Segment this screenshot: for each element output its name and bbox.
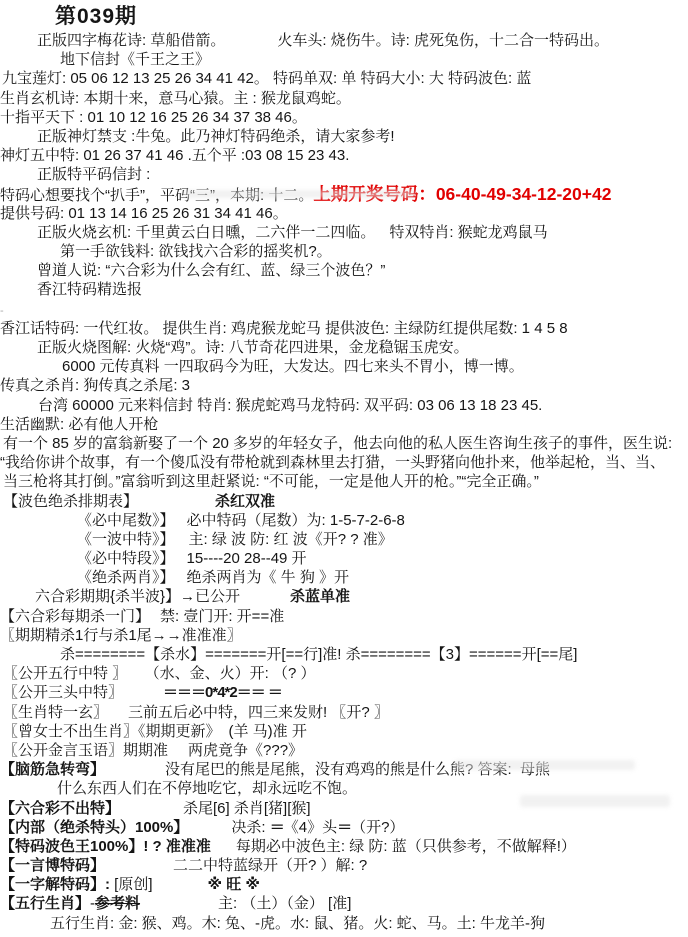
page-title: 第039期 [0,4,688,31]
text-line: 〖曾女士不出生肖〗《期期更新》(羊 马)准 开 [0,722,688,741]
text-segment: 杀========【杀水】=======开[==行]准! 杀========【3… [60,646,577,663]
text-segment: 6000 元传真料 一四取码今为旺，大发达。四七来头不胃小，博一博。 [62,358,524,375]
text-line: 《必中尾数》】必中特码（尾数）为: 1-5-7-2-6-8 [0,511,688,530]
text-segment: 香江特码精选报 [37,281,142,298]
text-line: 【波色绝杀排期表】杀红双准 [0,492,688,511]
text-line: 【一言博特码】二二中特蓝绿开（开? ）解: ? [0,856,688,875]
text-segment: 《必中尾数》】 [77,512,175,529]
text-line: 正版火烧玄机: 千里黄云白日曛，二六伴一二四临。特双特肖: 猴蛇龙鸡鼠马 [0,223,688,242]
text-segment: 没有尾巴的熊是尾熊，没有鸡鸡的熊是什么熊? 答案: 母熊 [165,761,550,778]
text-line: 六合彩期期{杀半波}】→已公开杀蓝单准 [0,587,688,606]
text-line: 香江特码精选报 [0,280,688,299]
text-segment: 杀尾[6] 杀肖[猪][猴] [183,800,311,817]
text-segment: 二二中特蓝绿开（开? ）解: ? [173,857,367,874]
text-line: 【特码波色王100%】! ? 准准准每期必中波色主: 绿 防: 蓝（只供参考，不… [0,837,688,856]
text-line: 〖生肖特一玄〗三前五后必中特，四三来发财! 〖开? 〗 [0,703,688,722]
text-line: 【脑筋急转弯】没有尾巴的熊是尾熊，没有鸡鸡的熊是什么熊? 答案: 母熊 [0,760,688,779]
text-line: 十指平天下 : 01 10 12 16 25 26 34 37 38 46。 [0,108,688,127]
text-segment: 九宝莲灯: 05 06 12 13 25 26 34 41 42。 特码单双: … [2,70,531,87]
text-segment: 《绝杀两肖》】 [77,569,175,586]
text-segment: 地下信封《千王之王》 [60,51,210,68]
text-segment: 《4》头 [284,819,337,836]
text-segment: 正版四字梅花诗: 草船借箭。 [37,32,225,49]
text-segment: 三前五后必中特，四三来发财! 〖开? 〗 [128,704,389,721]
text-segment: 杀红双准 [215,493,275,510]
text-segment: 【波色绝杀排期表】 [3,493,138,510]
text-segment: 〖期期精杀1行与杀1尾→→准准准〗 [0,627,242,644]
text-line: 传真之杀肖: 狗传真之杀尾: 3 [0,376,688,395]
text-segment: 〖生肖特一玄〗 [3,704,108,721]
text-line: 正版神灯禁支 :牛兔。此乃神灯特码绝杀，请大家参考! [0,127,688,146]
text-segment: 主: 绿 波 防: 红 波《开? ? 准》 [189,531,393,548]
text-segment: 生肖玄机诗: 本期十来，意马心猿。主 : 猴龙鼠鸡蛇。 [0,90,351,107]
text-line: 香江话特码: 一代红妆。 提供生肖: 鸡虎猴龙蛇马 提供波色: 主绿防红提供尾数… [0,319,688,338]
document-lines: 正版四字梅花诗: 草船借箭。火车头: 烧伤牛。诗: 虎死兔伤，十二合一特码出。地… [0,31,688,933]
text-segment: 火车头: 烧伤牛。诗: 虎死兔伤，十二合一特码出。 [277,32,609,49]
text-line: - [0,300,688,319]
text-segment: 禁: 壹门开: 开==准 [160,608,284,625]
text-segment: 【五行生肖】 [0,895,90,912]
text-segment: [原创] [110,876,153,893]
text-segment: - [0,305,4,317]
text-segment: 【内部（绝杀特头）100%】 [0,819,188,836]
text-segment: （开?） [351,819,404,836]
text-segment: 正版特平码信封 : [37,166,150,183]
text-segment: 【脑筋急转弯】 [0,761,105,778]
text-segment: 生活幽默: 必有他人开枪 [0,416,158,433]
text-segment: 神灯五中特: 01 26 37 41 46 .五个平 :03 08 15 23 … [0,147,349,164]
text-segment: ＝ [270,819,284,836]
text-segment: ＝ [337,819,351,836]
text-segment: 正版火烧图解: 火烧“鸡”。诗: 八节奇花四进果，金龙稳锯玉虎安。 [37,339,469,356]
text-segment: 十指平天下 : 01 10 12 16 25 26 34 37 38 46。 [0,109,307,126]
text-line: 《必中特段》】15----20 28--49 开 [0,549,688,568]
text-segment: 〖曾女士不出生肖〗《期期更新》 [3,723,221,740]
text-segment: 每期必中波色主: 绿 防: 蓝（只供参考，不做解释!） [236,838,576,855]
text-line: 有一个 85 岁的富翁新娶了一个 20 多岁的年轻女子，他去向他的私人医生咨询生… [0,434,688,453]
text-segment: 五行生肖: 金: 猴、鸡。木: 兔、-虎。水: 鼠、猪。火: 蛇、马。土: 牛龙… [50,915,545,932]
text-segment: 正版火烧玄机: 千里黄云白日曛，二六伴一二四临。 [37,224,375,241]
text-line: “我给你讲个故事，有一个傻瓜没有带枪就到森林里去打猎，一头野猪向他扑来，他举起枪… [0,453,688,472]
text-segment: 六合彩期期{杀半波}】→已公开 [35,588,240,605]
text-segment: 特码心想要找个“扒手”，平码“三”，本期: 十二。 [0,187,313,204]
text-segment: 必中特码（尾数）为: 1-5-7-2-6-8 [187,512,405,529]
text-segment: 台湾 60000 元来料信封 特肖: 猴虎蛇鸡马龙特码: 双平码: 03 06 … [38,397,542,414]
text-line: 【一字解特码】: [原创]※ 旺 ※ [0,875,688,894]
text-line: 【五行生肖】-参考料主: （土）（金） [准] [0,894,688,913]
text-line: 〖公开金言玉语〗期期准两虎竟争《???》 [0,741,688,760]
text-line: 神灯五中特: 01 26 37 41 46 .五个平 :03 08 15 23 … [0,146,688,165]
text-segment: 【六合彩每期杀一门】 [0,608,150,625]
text-line: 什么东西人们在不停地吃它，却永远吃不饱。 [0,779,688,798]
text-line: 生肖玄机诗: 本期十来，意马心猿。主 : 猴龙鼠鸡蛇。 [0,89,688,108]
text-segment: 绝杀两肖为《 牛 狗 》开 [187,569,350,586]
text-line: 九宝莲灯: 05 06 12 13 25 26 34 41 42。 特码单双: … [0,69,688,88]
text-segment: 当三枪将其打倒。”富翁听到这里赶紧说: “不可能，一定是他人开的枪。”“完全正确… [3,473,539,490]
text-segment: 什么东西人们在不停地吃它，却永远吃不饱。 [57,780,357,797]
text-segment: 提供号码: 01 13 14 16 25 26 31 34 41 46。 [0,205,288,222]
text-segment: 参考料 [95,895,140,912]
text-line: 〖公开三头中特〗＝＝＝0*4*2＝＝ ＝ [0,683,688,702]
text-line: 杀========【杀水】=======开[==行]准! 杀========【3… [0,645,688,664]
text-segment: 传真之杀肖: 狗传真之杀尾: 3 [0,377,190,394]
text-line: 生活幽默: 必有他人开枪 [0,415,688,434]
text-segment: 决杀: [231,819,269,836]
text-segment: 第一手欲钱料: 欲钱找六合彩的摇奖机?。 [60,243,332,260]
text-segment: 【一字解特码】: [0,876,110,893]
text-line: 提供号码: 01 13 14 16 25 26 31 34 41 46。 [0,204,688,223]
text-segment: 正版神灯禁支 :牛兔。此乃神灯特码绝杀，请大家参考! [37,128,395,145]
text-line: 【内部（绝杀特头）100%】决杀: ＝《4》头＝（开?） [0,818,688,837]
text-line: 6000 元传真料 一四取码今为旺，大发达。四七来头不胃小，博一博。 [0,357,688,376]
text-line: 《绝杀两肖》】绝杀两肖为《 牛 狗 》开 [0,568,688,587]
text-line: 〖期期精杀1行与杀1尾→→准准准〗 [0,626,688,645]
text-segment: 《一波中特》】 [77,531,175,548]
text-segment: ※ 旺 ※ [208,876,261,893]
text-line: 【六合彩每期杀一门】禁: 壹门开: 开==准 [0,607,688,626]
text-line: 第一手欲钱料: 欲钱找六合彩的摇奖机?。 [0,242,688,261]
text-segment: 曾道人说: “六合彩为什么会有红、蓝、绿三个波色？” [37,262,385,279]
text-line: 特码心想要找个“扒手”，平码“三”，本期: 十二。上期开奖号码：06-40-49… [0,185,688,204]
text-segment: （水、金、火）开: （? ） [152,665,315,682]
text-segment: 两虎竟争《???》 [188,742,303,759]
lottery-tip-sheet: 第039期 正版四字梅花诗: 草船借箭。火车头: 烧伤牛。诗: 虎死兔伤，十二合… [0,0,688,933]
text-segment: 《必中特段》】 [77,550,175,567]
text-line: 【六合彩不出特】杀尾[6] 杀肖[猪][猴] [0,799,688,818]
text-line: 正版火烧图解: 火烧“鸡”。诗: 八节奇花四进果，金龙稳锯玉虎安。 [0,338,688,357]
text-segment: 【特码波色王100%】! ? 准准准 [0,838,211,855]
text-segment: 杀蓝单准 [290,588,350,605]
text-segment: 特双特肖: 猴蛇龙鸡鼠马 [389,224,547,241]
text-line: 曾道人说: “六合彩为什么会有红、蓝、绿三个波色？” [0,261,688,280]
text-segment: ＝＝＝0*4*2＝＝ ＝ [163,684,282,701]
text-segment: (羊 马)准 开 [229,723,307,740]
text-line: 地下信封《千王之王》 [0,50,688,69]
text-line: 正版四字梅花诗: 草船借箭。火车头: 烧伤牛。诗: 虎死兔伤，十二合一特码出。 [0,31,688,50]
text-line: 当三枪将其打倒。”富翁听到这里赶紧说: “不可能，一定是他人开的枪。”“完全正确… [0,472,688,491]
text-segment: 15----20 28--49 开 [187,550,307,567]
text-line: 《一波中特》】主: 绿 波 防: 红 波《开? ? 准》 [0,530,688,549]
text-segment: 有一个 85 岁的富翁新娶了一个 20 多岁的年轻女子，他去向他的私人医生咨询生… [3,435,672,452]
text-segment: 〖公开金言玉语〗期期准 [3,742,168,759]
text-segment: 【一言博特码】 [0,857,105,874]
text-segment: 主: （土）（金） [准] [218,895,351,912]
text-segment: “我给你讲个故事，有一个傻瓜没有带枪就到森林里去打猎，一头野猪向他扑来，他举起枪… [0,454,665,471]
text-line: 〖公开五行中特 〗（水、金、火）开: （? ） [0,664,688,683]
text-segment: 〖公开三头中特〗 [3,684,123,701]
text-line: 台湾 60000 元来料信封 特肖: 猴虎蛇鸡马龙特码: 双平码: 03 06 … [0,396,688,415]
text-segment: 【六合彩不出特】 [0,800,120,817]
text-segment: 〖公开五行中特 〗 [3,665,127,682]
text-line: 五行生肖: 金: 猴、鸡。木: 兔、-虎。水: 鼠、猪。火: 蛇、马。土: 牛龙… [0,914,688,933]
text-line: 正版特平码信封 : [0,165,688,184]
text-segment: 香江话特码: 一代红妆。 提供生肖: 鸡虎猴龙蛇马 提供波色: 主绿防红提供尾数… [0,320,568,337]
previous-draw-numbers: 上期开奖号码：06-40-49-34-12-20+42 [313,184,611,204]
